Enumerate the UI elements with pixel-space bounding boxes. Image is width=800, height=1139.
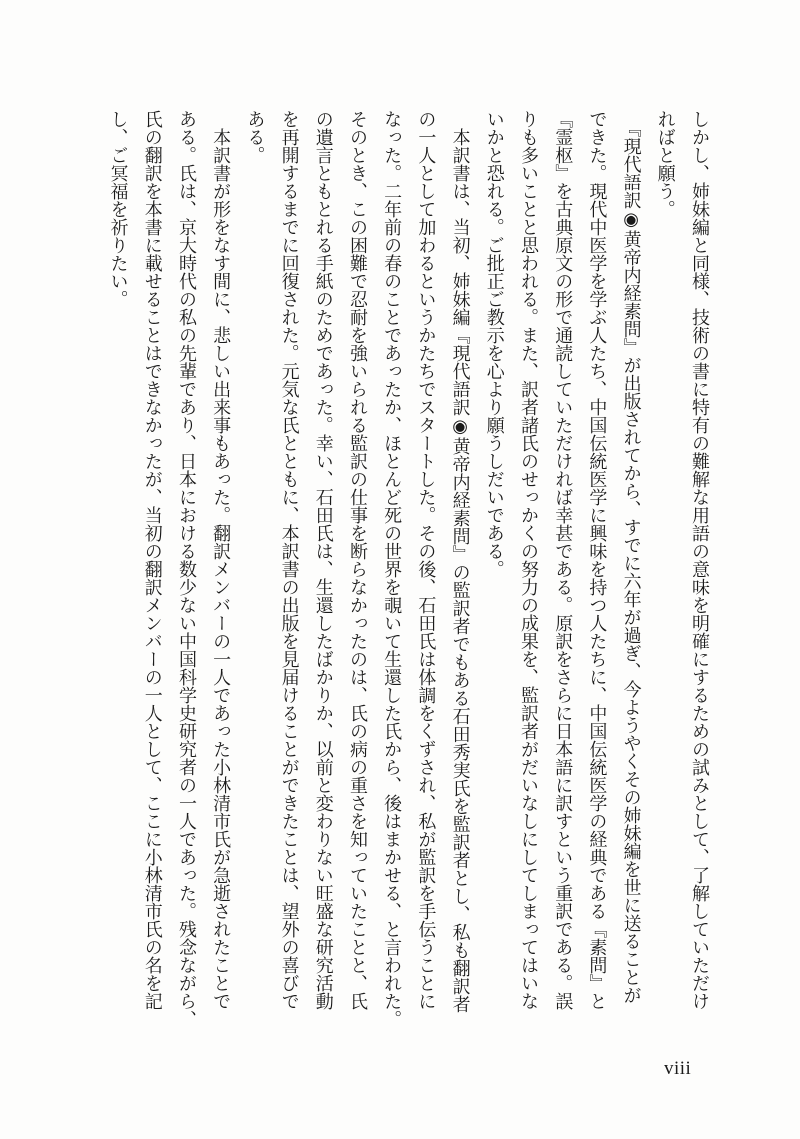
page-number: viii — [664, 1058, 691, 1080]
text-column-6: りも多いことと思われる。また、訳者諸氏のせっかくの努力の成果を、監訳者がだいなし… — [511, 110, 545, 1020]
text-column-10: なった。二年前の春のことであったか、ほとんど死の世界を覗いて生還した氏から、後は… — [374, 110, 408, 1020]
text-column-9: の一人として加わるというかたちでスタートした。その後、石田氏は体調をくずされ、私… — [408, 110, 442, 1020]
text-column-8: 本訳書は、当初、姉妹編『現代語訳◉黄帝内経素問』の監訳者でもある石田秀実氏を監訳… — [442, 110, 476, 1020]
text-column-7: いかと恐れる。ご批正ご教示を心より願うしだいである。 — [477, 110, 511, 1020]
text-column-12: の遺言ともとれる手紙のためであった。幸い、石田氏は、生還したばかりか、以前と変わ… — [306, 110, 340, 1020]
text-column-11: そのとき、この困難で忍耐を強いられる監訳の仕事を断らなかったのは、氏の病の重さを… — [340, 110, 374, 1020]
text-column-2: ればと願う。 — [648, 110, 682, 1020]
text-column-17: 氏の翻訳を本書に載せることはできなかったが、当初の翻訳メンバーの一人として、ここ… — [135, 110, 169, 1020]
text-column-15: 本訳書が形をなす間に、悲しい出来事もあった。翻訳メンバーの一人であった小林清市氏… — [203, 110, 237, 1020]
text-column-16: ある。氏は、京大時代の私の先輩であり、日本における数少ない中国科学史研究者の一人… — [169, 110, 203, 1020]
vertical-text-block: しかし、姉妹編と同様、技術の書に特有の難解な用語の意味を明確にするための試みとし… — [100, 110, 716, 1020]
text-column-13: を再開するまでに回復された。元気な氏とともに、本訳書の出版を見届けることができた… — [271, 110, 305, 1020]
text-column-14: ある。 — [237, 110, 271, 1020]
text-column-3: 『現代語訳◉黄帝内経素問』が出版されてから、すでに六年が過ぎ、今ようやくその姉妹… — [613, 110, 647, 1020]
text-column-4: できた。現代中医学を学ぶ人たち、中国伝統医学に興味を持つ人たちに、中国伝統医学の… — [579, 110, 613, 1020]
book-page: しかし、姉妹編と同様、技術の書に特有の難解な用語の意味を明確にするための試みとし… — [0, 0, 800, 1139]
text-column-18: し、ご冥福を祈りたい。 — [100, 110, 134, 1020]
text-column-1: しかし、姉妹編と同様、技術の書に特有の難解な用語の意味を明確にするための試みとし… — [682, 110, 716, 1020]
text-column-5: 『霊枢』を古典原文の形で通読していただければ幸甚である。原訳をさらに日本語に訳す… — [545, 110, 579, 1020]
